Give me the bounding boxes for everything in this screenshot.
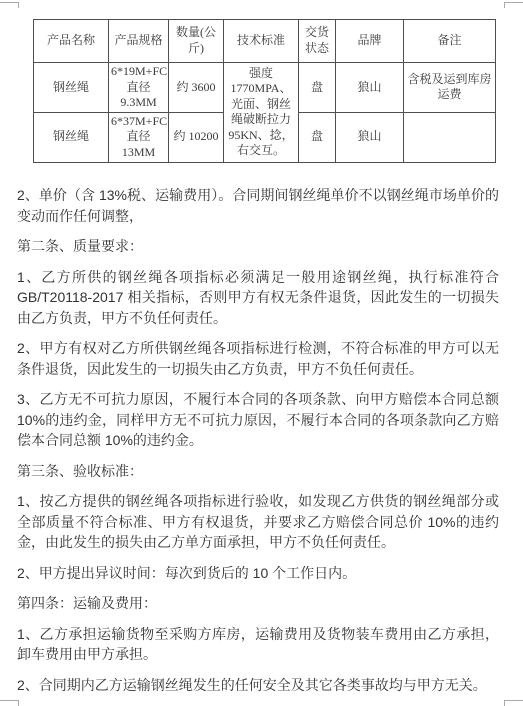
contract-clauses: 2、单价（含 13%税、运输费用）。合同期间钢丝绳单价不以钢丝绳市场单价的变动而… (17, 185, 499, 705)
cell-product-spec: 6*37M+FC直径 13MM (109, 112, 169, 162)
header-delivery-state: 交货状态 (299, 20, 336, 63)
cell-delivery-state: 盘 (299, 112, 336, 162)
cell-quantity: 约 10200 (169, 112, 224, 162)
outer-table-corner-bottom-right (504, 700, 523, 706)
cell-brand: 狼山 (336, 63, 404, 113)
clause-heading-acceptance: 第三条、验收标准： (17, 461, 499, 482)
header-remarks: 备注 (404, 20, 496, 63)
cell-product-name: 钢丝绳 (34, 63, 109, 113)
outer-table-corner-top-left (0, 2, 19, 8)
table-row: 钢丝绳 6*19M+FC直径9.3MM 约 3600 强度 1770MPA、光面… (34, 63, 496, 113)
contract-document-page: { "page": { "background": "#ffffff", "te… (0, 0, 523, 706)
cell-quantity: 约 3600 (169, 63, 224, 113)
cell-product-spec: 6*19M+FC直径9.3MM (109, 63, 169, 113)
outer-table-corner-top-right (504, 2, 523, 8)
clause-quality-2: 2、甲方有权对乙方所供钢丝绳各项指标进行检测，不符合标准的甲方可以无条件退货，因… (17, 338, 499, 379)
cell-delivery-state: 盘 (299, 63, 336, 113)
table-header-row: 产品名称 产品规格 数量(公斤) 技术标准 交货状态 品牌 备注 (34, 20, 496, 63)
clause-unit-price: 2、单价（含 13%税、运输费用）。合同期间钢丝绳单价不以钢丝绳市场单价的变动而… (17, 185, 499, 226)
clause-heading-transport: 第四条：运输及费用： (17, 593, 499, 614)
cell-remarks: 含税及运到库房运费 (404, 63, 496, 113)
cell-tech-standard: 强度 1770MPA、光面、钢丝绳破断拉力 95KN、捻，右交互。 (224, 63, 299, 163)
clause-acceptance-2: 2、甲方提出异议时间：每次到货后的 10 个工作日内。 (17, 563, 499, 584)
cell-brand: 狼山 (336, 112, 404, 162)
header-tech-standard: 技术标准 (224, 20, 299, 63)
header-quantity-kg: 数量(公斤) (169, 20, 224, 63)
clause-transport-2: 2、合同期内乙方运输钢丝绳发生的任何安全及其它各类事故均与甲方无关。 (17, 675, 499, 696)
clause-transport-1: 1、乙方承担运输货物至采购方库房，运输费用及货物装车费用由乙方承担，卸车费用由甲… (17, 624, 499, 665)
product-spec-table: 产品名称 产品规格 数量(公斤) 技术标准 交货状态 品牌 备注 钢丝绳 6*1… (33, 19, 496, 163)
header-product-spec: 产品规格 (109, 20, 169, 63)
clause-heading-quality: 第二条、质量要求： (17, 236, 499, 257)
cell-product-name: 钢丝绳 (34, 112, 109, 162)
clause-quality-3: 3、乙方无不可抗力原因，不履行本合同的各项条款、向甲方赔偿本合同总额 10%的违… (17, 389, 499, 451)
header-brand: 品牌 (336, 20, 404, 63)
cell-remarks (404, 112, 496, 162)
header-product-name: 产品名称 (34, 20, 109, 63)
clause-quality-1: 1、乙方所供的钢丝绳各项指标必须满足一般用途钢丝绳，执行标准符合GB/T2011… (17, 267, 499, 329)
clause-acceptance-1: 1、按乙方提供的钢丝绳各项指标进行验收，如发现乙方供货的钢丝绳部分或全部质量不符… (17, 491, 499, 553)
